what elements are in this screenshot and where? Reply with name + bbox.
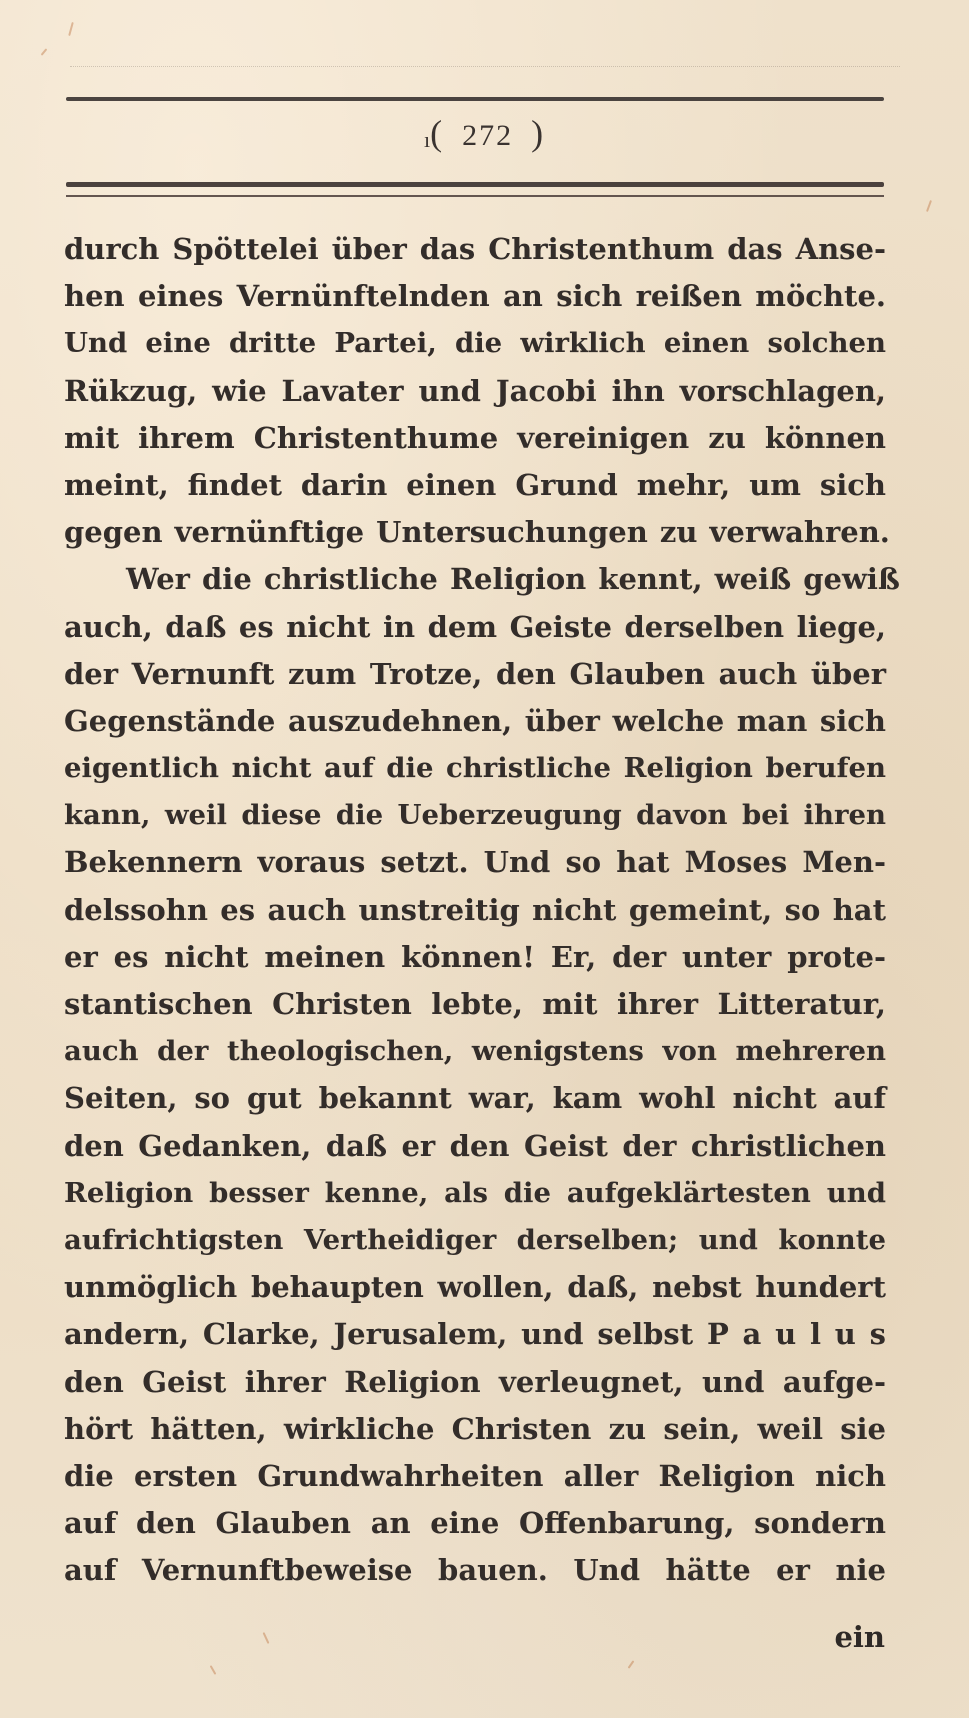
text-line: hen eines Vernünftelnden an sich reißen … <box>64 273 886 320</box>
text-line: kann, weil diese die Ueberzeugung davon … <box>64 792 886 839</box>
text-line: aufrichtigsten Vertheidiger derselben; u… <box>64 1217 886 1264</box>
header-rule-top <box>66 97 884 101</box>
text-line: den Gedanken, daß er den Geist der chris… <box>64 1123 886 1170</box>
header-rule-bottom-thin <box>66 195 884 197</box>
text-line: mit ihrem Christenthume vereinigen zu kö… <box>64 415 886 462</box>
page-number: 272 <box>462 119 513 152</box>
paragraph-start-line: Wer die christliche Religion kennt, weiß… <box>64 556 886 603</box>
text-line: Gegenstände auszudehnen, über welche man… <box>64 698 886 745</box>
text-line: Bekennern voraus setzt. Und so hat Moses… <box>64 839 886 886</box>
catchword: ein <box>834 1620 885 1654</box>
text-line: gegen vernünftige Untersuchungen zu verw… <box>64 509 886 556</box>
paper-fleck <box>41 48 48 55</box>
page-header: ı(272) <box>0 112 969 154</box>
open-paren: ( <box>430 113 444 153</box>
paper-fleck <box>68 22 74 36</box>
text-line: auch der theologischen, wenigstens von m… <box>64 1028 886 1075</box>
text-line: der Vernunft zum Trotze, den Glauben auc… <box>64 651 886 698</box>
paper-fleck <box>263 1632 270 1644</box>
text-line: Und eine dritte Partei, die wirklich ein… <box>64 320 886 367</box>
paper-fleck <box>628 1660 635 1669</box>
text-line: er es nicht meinen können! Er, der unter… <box>64 934 886 981</box>
close-paren: ) <box>531 113 545 153</box>
text-line: unmöglich behaupten wollen, daß, nebst h… <box>64 1264 886 1311</box>
text-line: Religion besser kenne, als die aufgeklär… <box>64 1170 886 1217</box>
header-rule-bottom-thick <box>66 182 884 187</box>
text-line: auch, daß es nicht in dem Geiste derselb… <box>64 604 886 651</box>
text-line: stantischen Christen lebte, mit ihrer Li… <box>64 981 886 1028</box>
book-page: ı(272) durch Spöttelei über das Christen… <box>0 0 969 1718</box>
text-line: den Geist ihrer Religion verleugnet, und… <box>64 1359 886 1406</box>
text-line: hört hätten, wirkliche Christen zu sein,… <box>64 1406 886 1453</box>
text-line: delssohn es auch unstreitig nicht gemein… <box>64 887 886 934</box>
text-line: meint, findet darin einen Grund mehr, um… <box>64 462 886 509</box>
paper-fleck <box>210 1665 217 1675</box>
text-line: auf Vernunftbeweise bauen. Und hätte er … <box>64 1547 886 1594</box>
text-line: die ersten Grundwahrheiten aller Religio… <box>64 1453 886 1500</box>
show-through-rule <box>70 66 900 68</box>
text-line: auf den Glauben an eine Offenbarung, son… <box>64 1500 886 1547</box>
text-line: eigentlich nicht auf die christliche Rel… <box>64 745 886 792</box>
text-line: Rükzug, wie Lavater und Jacobi ihn vorsc… <box>64 368 886 415</box>
text-line: andern, Clarke, Jerusalem, und selbst P … <box>64 1311 886 1358</box>
text-line: durch Spöttelei über das Christenthum da… <box>64 226 886 273</box>
paper-fleck <box>926 200 932 212</box>
text-line: Seiten, so gut bekannt war, kam wohl nic… <box>64 1075 886 1122</box>
body-text: durch Spöttelei über das Christenthum da… <box>64 226 886 1594</box>
